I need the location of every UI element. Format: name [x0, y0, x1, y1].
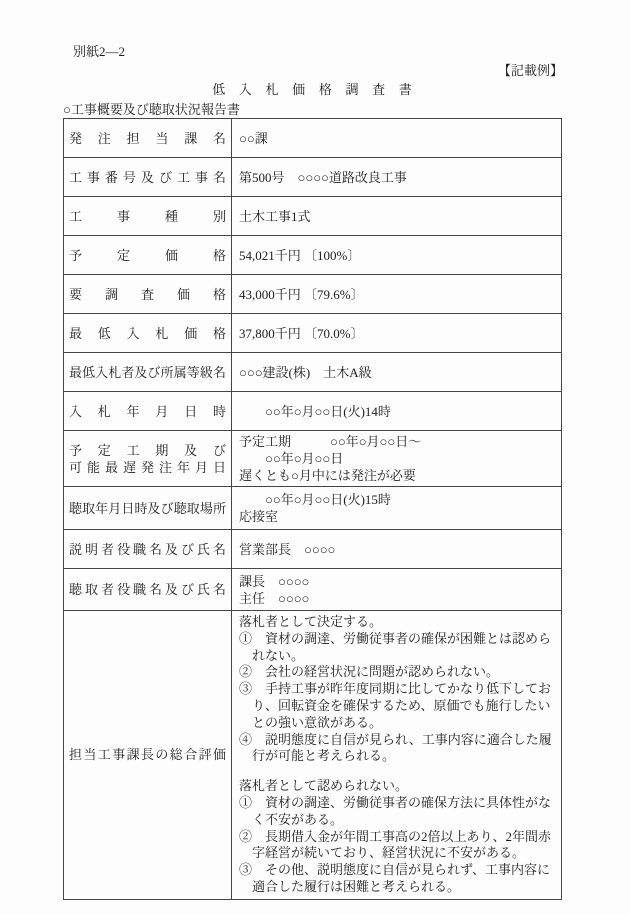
- row-value: 課長 ○○○○ 主任 ○○○○: [232, 569, 562, 611]
- row-value: ○○○建設(株) 土木A級: [232, 353, 562, 392]
- row-label: 説明者役職名及び氏名: [64, 530, 232, 569]
- evaluation-cell: 落札者として決定する。 ① 資材の調達、労働従事者の確保が困難とは認められない。…: [232, 611, 562, 900]
- row-value: ○○年○月○○日(火)14時: [232, 392, 562, 431]
- evaluation-accept-item: ② 会社の経営状況に問題が認められない。: [239, 664, 554, 681]
- document-title: 低入札価格調査書: [63, 79, 561, 98]
- row-value: ○○課: [232, 119, 562, 158]
- row-label: 最低入札者及び所属等級名: [64, 353, 232, 392]
- row-value: ○○年○月○○日(火)15時 応接室: [232, 487, 562, 530]
- evaluation-reject-heading: 落札者として認められない。: [239, 778, 554, 795]
- evaluation-label: 担当工事課長の総合評価: [64, 611, 232, 900]
- table-row-hearing-datetime-place: 聴取年月日時及び聴取場所 ○○年○月○○日(火)15時 応接室: [64, 487, 562, 530]
- report-subtitle: ○工事概要及び聴取状況報告書: [63, 99, 240, 118]
- example-tag: 【記載例】: [498, 60, 563, 79]
- row-label: 予定工期及び 可能最遅発注年月日: [64, 431, 232, 487]
- row-label: 工事番号及び工事名: [64, 158, 232, 197]
- row-value: 37,800千円 〔70.0%〕: [232, 314, 562, 353]
- row-value: 第500号 ○○○○道路改良工事: [232, 158, 562, 197]
- evaluation-reject-item: ③ その他、説明態度に自信が見られず、工事内容に適合した履行は困難と考えられる。: [239, 862, 554, 896]
- report-table: 発注担当課名 ○○課 工事番号及び工事名 第500号 ○○○○道路改良工事 工事…: [63, 118, 562, 900]
- evaluation-accept-heading: 落札者として決定する。: [239, 614, 554, 631]
- table-row-overall-evaluation: 担当工事課長の総合評価 落札者として決定する。 ① 資材の調達、労働従事者の確保…: [64, 611, 562, 900]
- table-row-investigation-price: 要調査価格 43,000千円 〔79.6%〕: [64, 275, 562, 314]
- row-value: 43,000千円 〔79.6%〕: [232, 275, 562, 314]
- row-value: 54,021千円 〔100%〕: [232, 236, 562, 275]
- row-value: 営業部長 ○○○○: [232, 530, 562, 569]
- evaluation-accept-item: ③ 手持工事が昨年度同期に比してかなり低下しており、回転資金を確保するため、原価…: [239, 681, 554, 731]
- table-row-explainer: 説明者役職名及び氏名 営業部長 ○○○○: [64, 530, 562, 569]
- evaluation-accept-item: ① 資材の調達、労働従事者の確保が困難とは認められない。: [239, 631, 554, 665]
- row-label: 聴取年月日時及び聴取場所: [64, 487, 232, 530]
- row-label: 予定価格: [64, 236, 232, 275]
- evaluation-reject-item: ② 長期借入金が年間工事高の2倍以上あり、2年間赤字経営が続いており、経営状況に…: [239, 829, 554, 863]
- document-page: 別紙2—2 【記載例】 低入札価格調査書 ○工事概要及び聴取状況報告書 発注担当…: [0, 0, 630, 915]
- row-label: 工事種別: [64, 197, 232, 236]
- table-row-lowest-bidder: 最低入札者及び所属等級名 ○○○建設(株) 土木A級: [64, 353, 562, 392]
- row-value: 土木工事1式: [232, 197, 562, 236]
- table-row-planned-price: 予定価格 54,021千円 〔100%〕: [64, 236, 562, 275]
- row-label: 聴取者役職名及び氏名: [64, 569, 232, 611]
- row-label: 発注担当課名: [64, 119, 232, 158]
- table-row-project-number-name: 工事番号及び工事名 第500号 ○○○○道路改良工事: [64, 158, 562, 197]
- table-row-bid-datetime: 入札年月日時 ○○年○月○○日(火)14時: [64, 392, 562, 431]
- evaluation-reject-item: ① 資材の調達、労働従事者の確保方法に具体性がなく不安がある。: [239, 795, 554, 829]
- table-row-work-type: 工事種別 土木工事1式: [64, 197, 562, 236]
- row-label: 入札年月日時: [64, 392, 232, 431]
- row-value: 予定工期 ○○年○月○○日～ ○○年○月○○日 遅くとも○月中には発注が必要: [232, 431, 562, 487]
- row-label: 要調査価格: [64, 275, 232, 314]
- table-row-hearers: 聴取者役職名及び氏名 課長 ○○○○ 主任 ○○○○: [64, 569, 562, 611]
- table-row-planned-period: 予定工期及び 可能最遅発注年月日 予定工期 ○○年○月○○日～ ○○年○月○○日…: [64, 431, 562, 487]
- row-label: 最低入札価格: [64, 314, 232, 353]
- sheet-reference: 別紙2—2: [73, 41, 125, 60]
- evaluation-spacer: [239, 765, 554, 778]
- table-row-lowest-bid-price: 最低入札価格 37,800千円 〔70.0%〕: [64, 314, 562, 353]
- evaluation-accept-item: ④ 説明態度に自信が見られ、工事内容に適合した履行が可能と考えられる。: [239, 732, 554, 766]
- table-row-ordering-section: 発注担当課名 ○○課: [64, 119, 562, 158]
